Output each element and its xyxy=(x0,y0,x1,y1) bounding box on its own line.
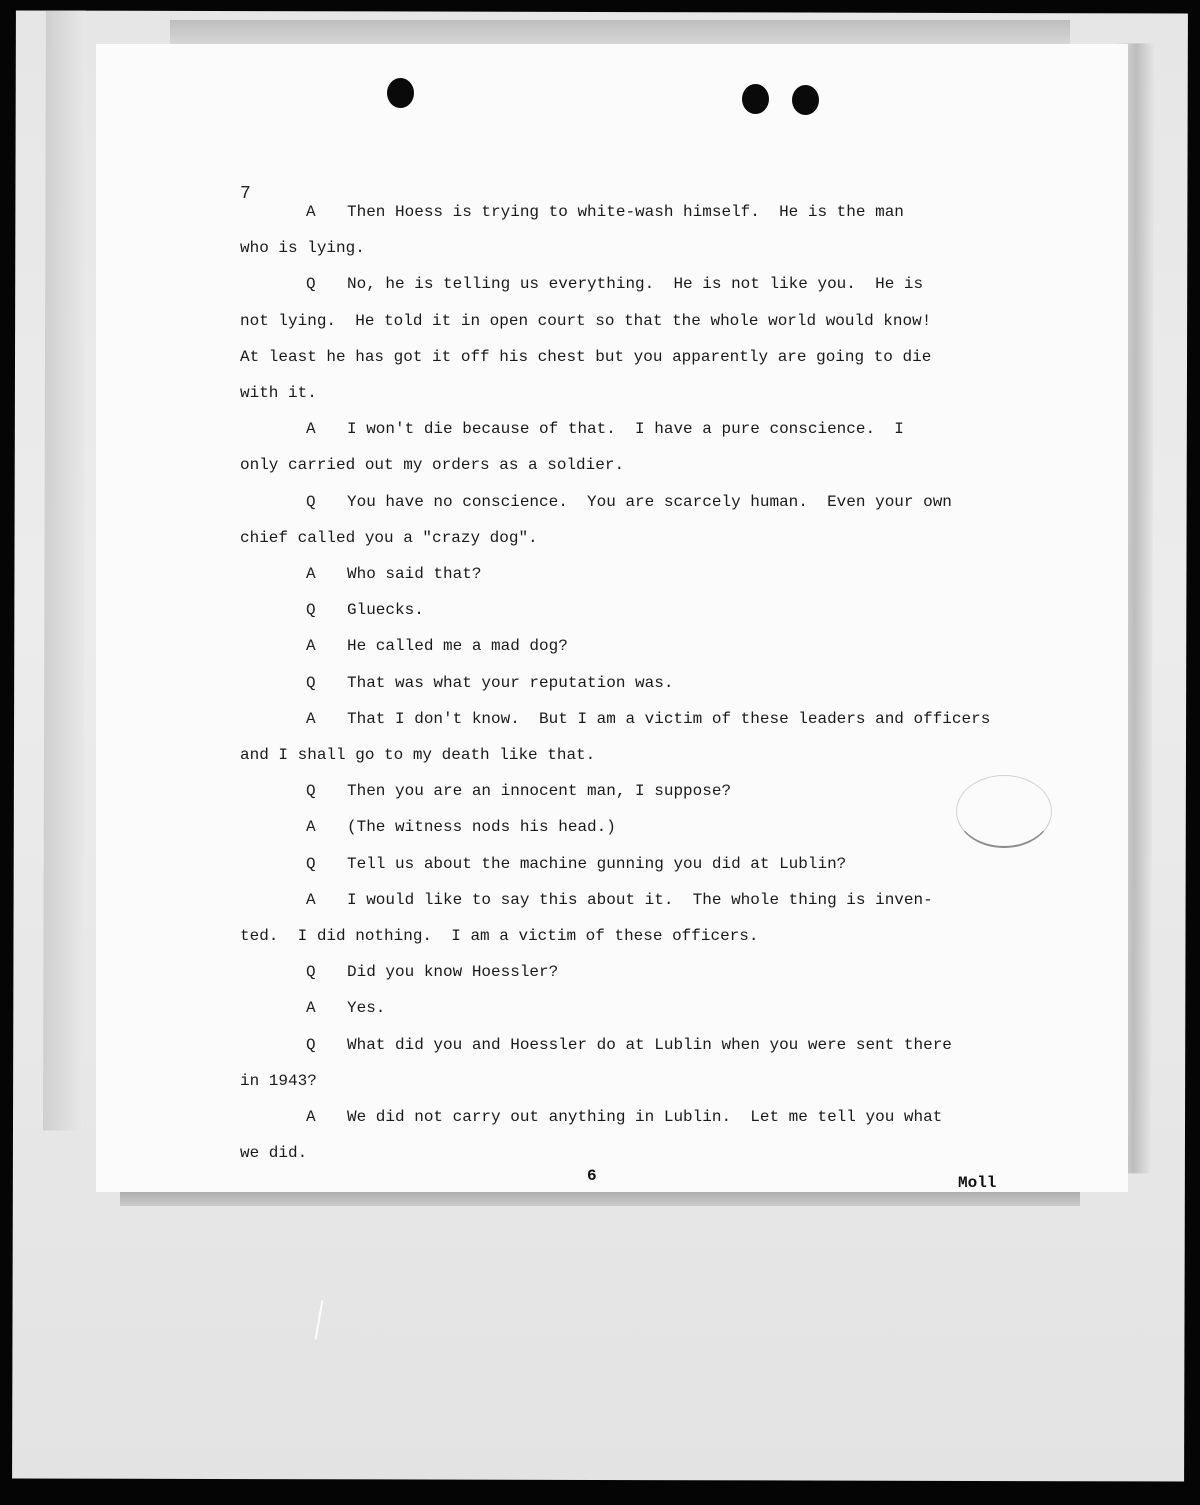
transcript-line: I won't die because of that. I have a pu… xyxy=(347,421,904,437)
speaker-label: A xyxy=(306,819,326,835)
transcript-line: who is lying. xyxy=(240,240,365,256)
transcript-line: You have no conscience. You are scarcely… xyxy=(347,494,952,510)
speaker-label: A xyxy=(306,204,326,220)
transcript-line: in 1943? xyxy=(240,1073,317,1089)
transcript-line: we did. xyxy=(240,1145,307,1161)
bottom-edge-shadow xyxy=(120,1192,1080,1206)
punch-hole-right-2 xyxy=(792,85,819,115)
speaker-label: A xyxy=(306,892,326,908)
typist-initials: Moll xyxy=(958,1174,996,1192)
transcript-line: No, he is telling us everything. He is n… xyxy=(347,276,923,292)
transcript-line: not lying. He told it in open court so t… xyxy=(240,313,931,329)
transcript-line: and I shall go to my death like that. xyxy=(240,747,595,763)
speaker-label: Q xyxy=(306,675,326,691)
speaker-label: A xyxy=(306,1000,326,1016)
speaker-label: A xyxy=(306,711,326,727)
speaker-label: Q xyxy=(306,856,326,872)
archive-stamp xyxy=(956,775,1052,848)
page-number: 6 xyxy=(587,1167,597,1185)
transcript-line: That I don't know. But I am a victim of … xyxy=(347,711,990,727)
punch-hole-left xyxy=(387,78,414,108)
speaker-label: Q xyxy=(306,494,326,510)
transcript-line: What did you and Hoessler do at Lublin w… xyxy=(347,1037,952,1053)
transcript-line: He called me a mad dog? xyxy=(347,638,568,654)
speaker-label: A xyxy=(306,638,326,654)
transcript-line: Yes. xyxy=(347,1000,385,1016)
transcript-line: Then Hoess is trying to white-wash himse… xyxy=(347,204,904,220)
transcript-line: That was what your reputation was. xyxy=(347,675,673,691)
speaker-label: Q xyxy=(306,1037,326,1053)
transcript-line: (The witness nods his head.) xyxy=(347,819,616,835)
transcript-line: chief called you a "crazy dog". xyxy=(240,530,538,546)
punch-hole-right-1 xyxy=(742,84,769,114)
transcript-line: We did not carry out anything in Lublin.… xyxy=(347,1109,942,1125)
speaker-label: Q xyxy=(306,964,326,980)
speaker-label: Q xyxy=(306,783,326,799)
transcript-line: Tell us about the machine gunning you di… xyxy=(347,856,846,872)
transcript-line: Who said that? xyxy=(347,566,481,582)
speaker-label: Q xyxy=(306,276,326,292)
speaker-label: Q xyxy=(306,602,326,618)
speaker-label: A xyxy=(306,421,326,437)
transcript-line: only carried out my orders as a soldier. xyxy=(240,457,624,473)
transcript-line: Then you are an innocent man, I suppose? xyxy=(347,783,731,799)
transcript-line: I would like to say this about it. The w… xyxy=(347,892,933,908)
transcript-line: ted. I did nothing. I am a victim of the… xyxy=(240,928,758,944)
speaker-label: A xyxy=(306,566,326,582)
folio-number: 7 xyxy=(240,184,251,204)
transcript-line: Gluecks. xyxy=(347,602,424,618)
transcript-line: Did you know Hoessler? xyxy=(347,964,558,980)
transcript-line: with it. xyxy=(240,385,317,401)
speaker-label: A xyxy=(306,1109,326,1125)
transcript-line: At least he has got it off his chest but… xyxy=(240,349,931,365)
